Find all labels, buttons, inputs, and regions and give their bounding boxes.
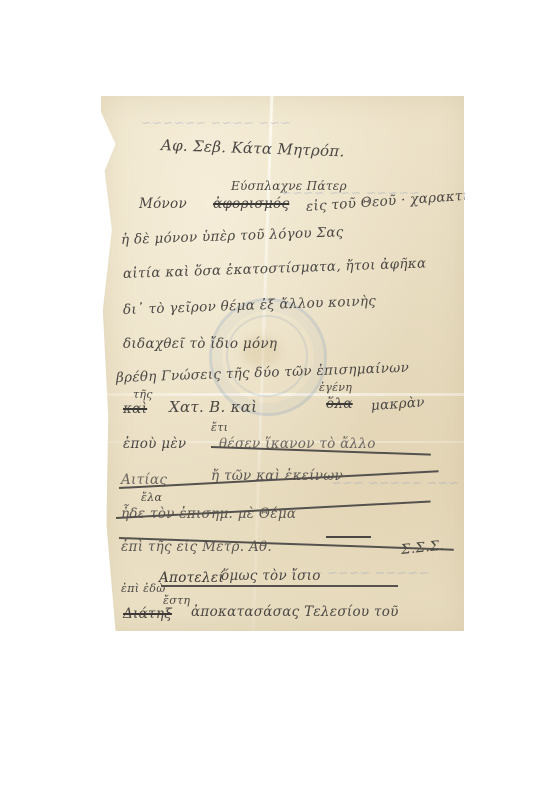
text-line: Μόνον — [139, 196, 187, 212]
superscript-insert: ἐγένη — [319, 381, 352, 394]
text-line: ἡ δὲ μόνον ὑπὲρ τοῦ λόγου Σας — [121, 224, 344, 248]
document-paper: ~~~ ~~~~ ~~~~~~ ~~~~~ ~~~ ~~~~ ~~~ ~~~~~… — [101, 96, 464, 631]
seal-stamp-inner-ring — [226, 315, 308, 397]
struck-word: ὅλα — [326, 396, 353, 412]
text-line: αἰτία καὶ ὅσα ἐκατοστίσματα, ἤτοι ἀφῆκα — [123, 255, 427, 282]
text-line: ἀποκατασάσας Τελεσίου τοῦ — [191, 604, 399, 620]
text-line: ὅμως τὸν ἴσιο — [221, 568, 321, 584]
strikethrough-line — [161, 585, 398, 587]
struck-word: ἀφορισμός — [213, 196, 289, 212]
bleed-through-text: ~~~ ~~~~ ~~~~~~ — [141, 116, 291, 131]
struck-word: Διάτηξ — [123, 606, 172, 622]
text-line: Χατ. Β. καὶ — [169, 398, 257, 416]
text-line: διδαχθεῖ τὸ ἴδιο μόνη — [123, 336, 277, 352]
superscript-insert: ἔτι — [211, 421, 228, 434]
superscript-insert: τῆς — [133, 388, 153, 401]
text-line: μακρὰν — [370, 394, 425, 414]
struck-word: Αποτελεί — [159, 570, 224, 586]
struck-word: καὶ — [123, 401, 147, 417]
dash-line — [326, 536, 371, 538]
greeting-line: Εύσπλαχνε Πάτερ — [231, 179, 347, 193]
text-line: ἐποὺ μὲν — [123, 436, 186, 452]
superscript-insert: ἔλα — [141, 491, 162, 504]
salutation-heading: Αφ. Σεβ. Κάτα Μητρόπ. — [161, 136, 345, 160]
signature-initials: Σ.Σ.Σ. — [400, 538, 445, 558]
bleed-through-text: ~~~ ~~~~~ ~~~ — [331, 476, 459, 491]
